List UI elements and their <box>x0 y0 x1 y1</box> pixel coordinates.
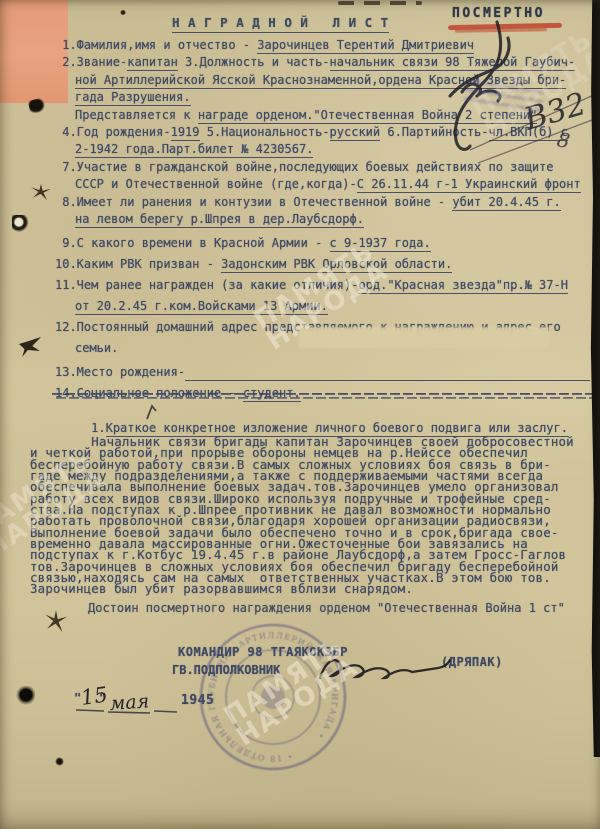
paper-speck <box>120 10 126 15</box>
paper-hole <box>15 686 35 706</box>
handwritten-month: мая <box>109 690 150 715</box>
pen-tick-mark <box>147 406 156 419</box>
handwritten-small-mark: 8 <box>555 127 572 153</box>
paper-hole <box>12 215 30 232</box>
top-edge-marks <box>338 1 422 5</box>
handwriting-layer: В32 8 15 мая <box>0 0 600 829</box>
handwritten-day: 15 <box>79 682 109 709</box>
handwritten-date: 15 мая <box>76 682 177 715</box>
signature-script <box>320 660 450 678</box>
award-sheet-scan: Н А Г Р А Д Н О Й Л И С Т ПОСМЕРТНО 1.Фа… <box>0 0 600 829</box>
paper-speck <box>55 757 64 766</box>
